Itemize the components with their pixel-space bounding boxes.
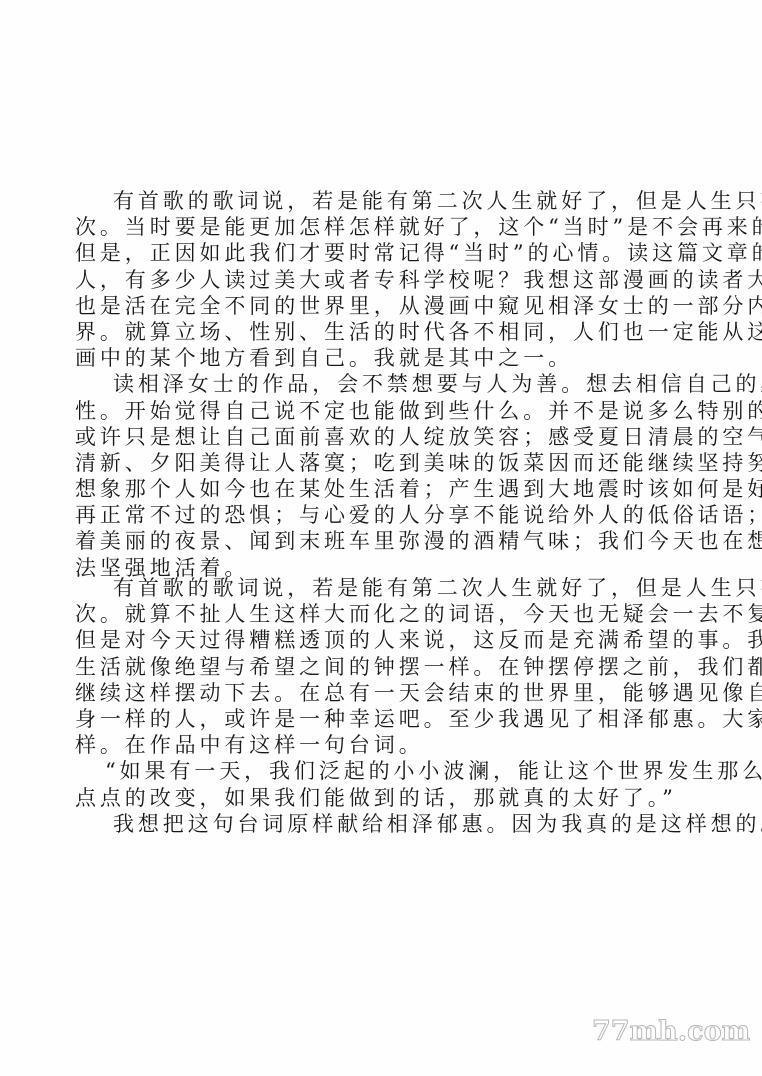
section-1: 有首歌的歌词说，若是能有第二次人生就好了，但是人生只有一 次。当时要是能更加怎样…	[75, 188, 675, 581]
paragraph-line: 也是活在完全不同的世界里，从漫画中窥见相泽女士的一部分内心世	[75, 293, 675, 319]
document-page: 有首歌的歌词说，若是能有第二次人生就好了，但是人生只有一 次。当时要是能更加怎样…	[0, 0, 762, 1076]
quote-line: 点点的改变，如果我们能做到的话，那就真的太好了。”	[75, 785, 675, 811]
paragraph-line: 次。就算不扯人生这样大而化之的词语，今天也无疑会一去不复返。	[75, 601, 675, 627]
paragraph-line: 但是，正因如此我们才要时常记得“当时”的心情。读这篇文章的	[75, 240, 675, 266]
watermark: 77mh.com	[592, 1016, 750, 1047]
paragraph-line: 再正常不过的恐惧；与心爱的人分享不能说给外人的低俗话语；欣赏	[75, 502, 675, 528]
paragraph-line: 样。在作品中有这样一句台词。	[75, 732, 675, 758]
paragraph-line: 生活就像绝望与希望之间的钟摆一样。在钟摆停摆之前，我们都唯有	[75, 654, 675, 680]
section-2: 有首歌的歌词说，若是能有第二次人生就好了，但是人生只有一 次。就算不扯人生这样大…	[75, 575, 675, 837]
paragraph-line: 但是对今天过得糟糕透顶的人来说，这反而是充满希望的事。我们的	[75, 627, 675, 653]
paragraph-line: 有首歌的歌词说，若是能有第二次人生就好了，但是人生只有一	[75, 575, 675, 601]
paragraph-line: 有首歌的歌词说，若是能有第二次人生就好了，但是人生只有一	[75, 188, 675, 214]
paragraph-line: 画中的某个地方看到自己。我就是其中之一。	[75, 345, 675, 371]
paragraph-line: 次。当时要是能更加怎样怎样就好了，这个“当时”是不会再来的。	[75, 214, 675, 240]
quote-line: “如果有一天，我们泛起的小小波澜，能让这个世界发生那么一	[75, 758, 675, 784]
paragraph-line: 身一样的人，或许是一种幸运吧。至少我遇见了相泽郁惠。大家也一	[75, 706, 675, 732]
paragraph-line: 性。开始觉得自己说不定也能做到些什么。并不是说多么特别的事。	[75, 398, 675, 424]
paragraph-line: 或许只是想让自己面前喜欢的人绽放笑容；感受夏日清晨的空气格外	[75, 424, 675, 450]
paragraph-line: 界。就算立场、性别、生活的时代各不相同，人们也一定能从这部漫	[75, 319, 675, 345]
paragraph-line: 想象那个人如今也在某处生活着；产生遇到大地震时该如何是好这种	[75, 476, 675, 502]
paragraph-line: 读相泽女士的作品，会不禁想要与人为善。想去相信自己的感	[75, 371, 675, 397]
paragraph-line: 清新、夕阳美得让人落寞；吃到美味的饭菜因而还能继续坚持努力；	[75, 450, 675, 476]
paragraph-line: 我想把这句台词原样献给相泽郁惠。因为我真的是这样想的。	[75, 811, 675, 837]
paragraph-line: 继续这样摆动下去。在总有一天会结束的世界里，能够遇见像自己分	[75, 680, 675, 706]
paragraph-line: 着美丽的夜景、闻到末班车里弥漫的酒精气味；我们今天也在想方设	[75, 528, 675, 554]
paragraph-line: 人，有多少人读过美大或者专科学校呢？我想这部漫画的读者大多数	[75, 267, 675, 293]
